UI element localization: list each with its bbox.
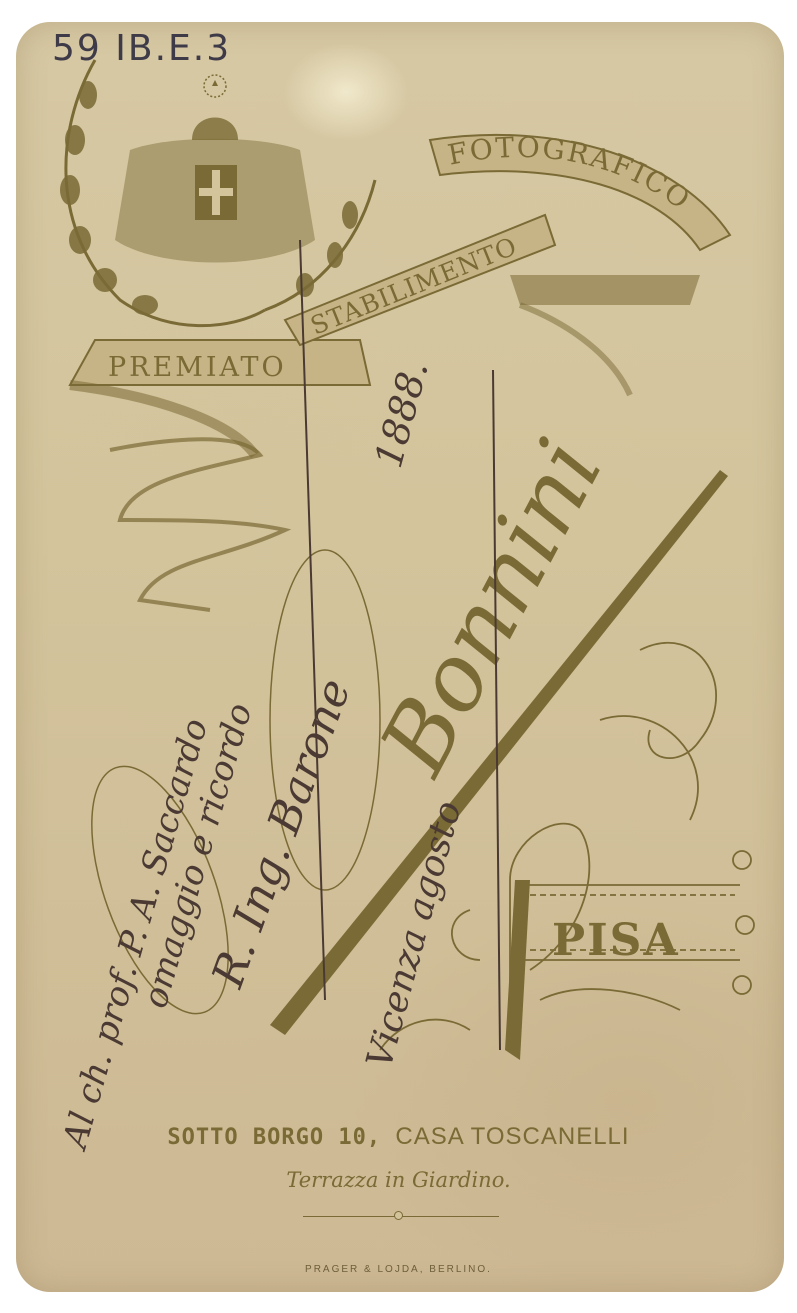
handwriting-layer: Al ch. prof. P. A. Saccardo omaggio e ri… <box>0 0 797 1313</box>
printer-credit: PRAGER & LOJDA, BERLINO. <box>0 1264 797 1275</box>
address-street: SOTTO BORGO 10, <box>167 1125 381 1150</box>
ink-vertical-stroke <box>493 370 500 1050</box>
inscription-line: 1888. <box>366 356 437 472</box>
divider-dot-icon <box>394 1211 403 1220</box>
studio-address: SOTTO BORGO 10, CASA TOSCANELLI <box>0 1123 797 1151</box>
address-building: CASA TOSCANELLI <box>395 1123 629 1150</box>
ink-vertical-stroke <box>300 240 325 1000</box>
inscription-line: Vicenza agosto <box>359 797 470 1072</box>
studio-tagline: Terrazza in Giardino. <box>0 1168 797 1192</box>
